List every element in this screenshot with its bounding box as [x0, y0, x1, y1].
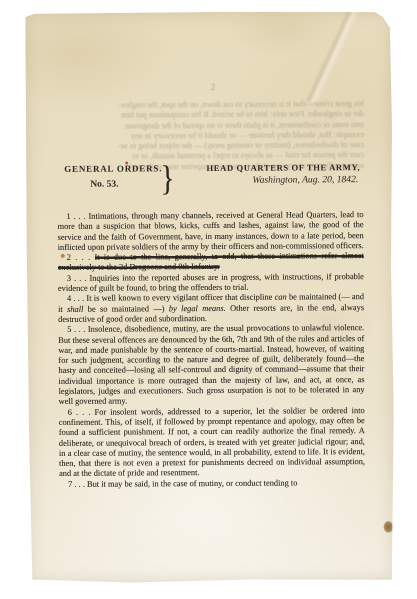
bleed-through-line: der or ringleader. First only: him to be… — [56, 109, 364, 121]
paragraph-text: shall — [67, 304, 83, 313]
paragraph-text: by legal means. — [169, 304, 226, 313]
headquarters-label: HEAD QUARTERS OF THE ARMY, — [179, 162, 361, 173]
paragraph-text: 6 . . . For insolent words, addressed to… — [59, 406, 365, 479]
paper-crease — [275, 11, 386, 102]
bleed-through-line: into irons or confinement, it is plain t… — [56, 120, 364, 132]
bleed-through-line: cure the person for trial — as always to… — [56, 151, 364, 163]
paragraph-text: 3 . . . Inquiries into the reported abus… — [58, 272, 364, 293]
bleed-through-line: case of disobedience, (mutiny or running… — [56, 140, 364, 152]
document-body: 1 . . . Intimations, through many channe… — [57, 210, 365, 490]
document-page: his great crime—that it is necessary to … — [25, 11, 394, 583]
paragraph-text: 1 . . . Intimations, through many channe… — [58, 210, 364, 252]
paragraph-text: 4 . . . It is well known to every vigila… — [67, 293, 275, 303]
body-paragraph: 2 . . . It is due to the line, generally… — [58, 251, 364, 273]
bleed-through-line: his great crime—that it is necessary to … — [56, 99, 364, 111]
body-paragraph: 4 . . . It is well known to every vigila… — [58, 292, 364, 325]
body-paragraph: 5 . . . Insolence, disobedience, mutiny,… — [58, 323, 364, 407]
body-paragraph: 7 . . . But it may be said, in the case … — [59, 478, 365, 490]
body-paragraph: 6 . . . For insolent words, addressed to… — [59, 406, 365, 480]
header-right-block: HEAD QUARTERS OF THE ARMY, Washington, A… — [179, 162, 365, 186]
photo-background: his great crime—that it is necessary to … — [0, 0, 417, 599]
paragraph-text: 7 . . . But it may be said, in the case … — [68, 478, 297, 488]
struck-text: It is due to the line, generally, to add… — [58, 251, 364, 272]
header-left-block: GENERAL ORDERS. No. 53. — [56, 163, 160, 190]
body-paragraph: 3 . . . Inquiries into the reported abus… — [58, 272, 364, 294]
date-line: Washington, Aug. 20, 1842. — [179, 174, 361, 186]
page-number-bleed: 2 — [211, 82, 216, 92]
order-number: No. 53. — [90, 179, 160, 189]
paragraph-text: 5 . . . Insolence, disobedience, mutiny,… — [58, 323, 364, 406]
general-orders-label: GENERAL ORDERS. — [64, 163, 160, 174]
paragraph-text: 2 . . . — [67, 253, 95, 262]
paragraph-text: be so maintained —) — [83, 304, 169, 314]
body-paragraph: 1 . . . Intimations, through many channe… — [57, 210, 363, 253]
red-speck — [125, 161, 128, 164]
document-header: GENERAL ORDERS. No. 53. } HEAD QUARTERS … — [56, 162, 364, 197]
paragraph-text: can — [275, 293, 287, 302]
bleed-through-line: example. But, should they hesitate — or … — [56, 130, 364, 142]
orange-speck — [61, 254, 65, 258]
foxing-stain — [383, 521, 393, 533]
brace-glyph: } — [160, 159, 175, 199]
